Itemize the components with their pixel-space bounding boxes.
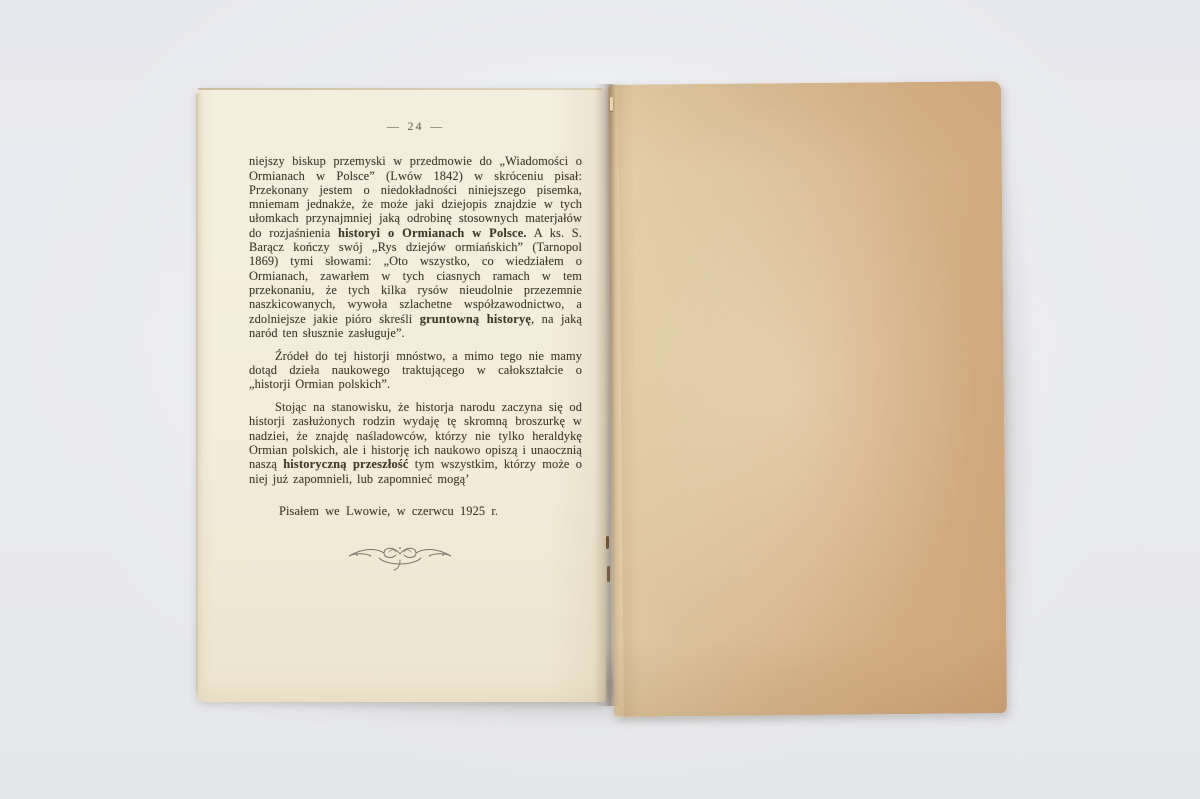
stitch-thread <box>610 97 613 111</box>
text-run: Źródeł do tej historji mnóstwo, a mimo t… <box>249 349 582 392</box>
flourish-ornament-icon <box>341 543 459 575</box>
stitch-thread <box>607 566 610 582</box>
right-page <box>608 81 1007 717</box>
right-page-fold-shading <box>618 85 640 717</box>
stitch-thread <box>606 536 609 549</box>
paragraph: niejszy biskup przemyski w przedmowie do… <box>249 154 582 340</box>
page-top-edge <box>198 88 602 90</box>
text-run: gruntowną historyę <box>420 312 531 326</box>
text-run: historyczną przeszłość <box>283 457 408 471</box>
left-page: — 24 — niejszy biskup przemyski w przedm… <box>196 88 606 702</box>
page-stack-edge <box>196 92 203 698</box>
text-run: historyi o Ormianach w Polsce. <box>338 226 527 240</box>
signature-line: Pisałem we Lwowie, w czerwcu 1925 r. <box>249 504 582 518</box>
page-number: — 24 — <box>249 119 582 133</box>
paragraph: Źródeł do tej historji mnóstwo, a mimo t… <box>249 349 582 392</box>
page-text-block: — 24 — niejszy biskup przemyski w przedm… <box>249 119 582 518</box>
photo-background: — 24 — niejszy biskup przemyski w przedm… <box>0 0 1200 799</box>
paragraphs: niejszy biskup przemyski w przedmowie do… <box>249 154 582 486</box>
paragraph: Stojąc na stanowisku, że historja narodu… <box>249 400 582 486</box>
